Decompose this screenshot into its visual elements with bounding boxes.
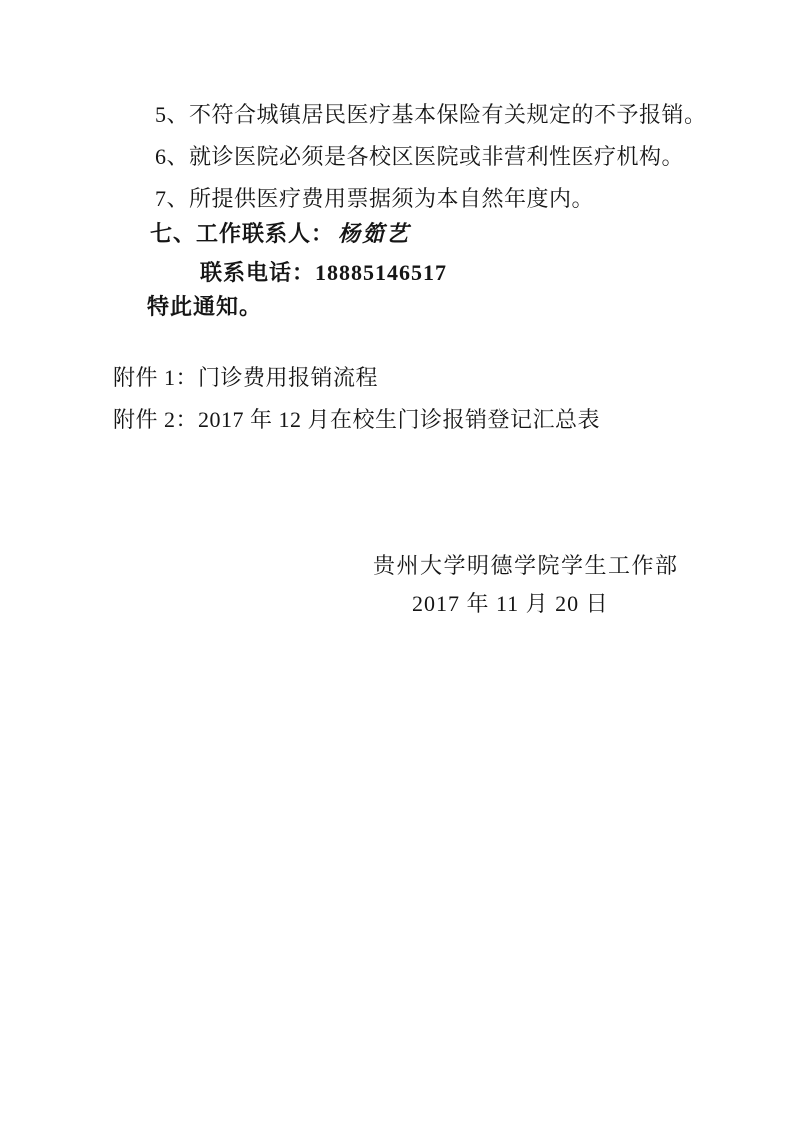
contact-line: 七、工作联系人：杨筎艺 <box>150 221 410 247</box>
document-page: 5、不符合城镇居民医疗基本保险有关规定的不予报销。 6、就诊医院必须是各校区医院… <box>0 0 793 1122</box>
phone-number: 18885146517 <box>315 260 447 285</box>
attachment-2: 附件 2：2017 年 12 月在校生门诊报销登记汇总表 <box>113 407 600 433</box>
notice-line: 特此通知。 <box>147 294 262 320</box>
attachment-1: 附件 1：门诊费用报销流程 <box>113 365 378 391</box>
phone-line: 联系电话：18885146517 <box>200 260 447 286</box>
signature-date: 2017 年 11 月 20 日 <box>412 591 609 617</box>
list-item-5: 5、不符合城镇居民医疗基本保险有关规定的不予报销。 <box>155 102 707 128</box>
list-item-6: 6、就诊医院必须是各校区医院或非营利性医疗机构。 <box>155 144 684 170</box>
phone-label: 联系电话： <box>200 260 315 285</box>
contact-name: 杨筎艺 <box>334 221 410 246</box>
contact-label: 七、工作联系人： <box>150 221 334 246</box>
signature-department: 贵州大学明德学院学生工作部 <box>373 553 679 579</box>
list-item-7: 7、所提供医疗费用票据须为本自然年度内。 <box>155 186 594 212</box>
